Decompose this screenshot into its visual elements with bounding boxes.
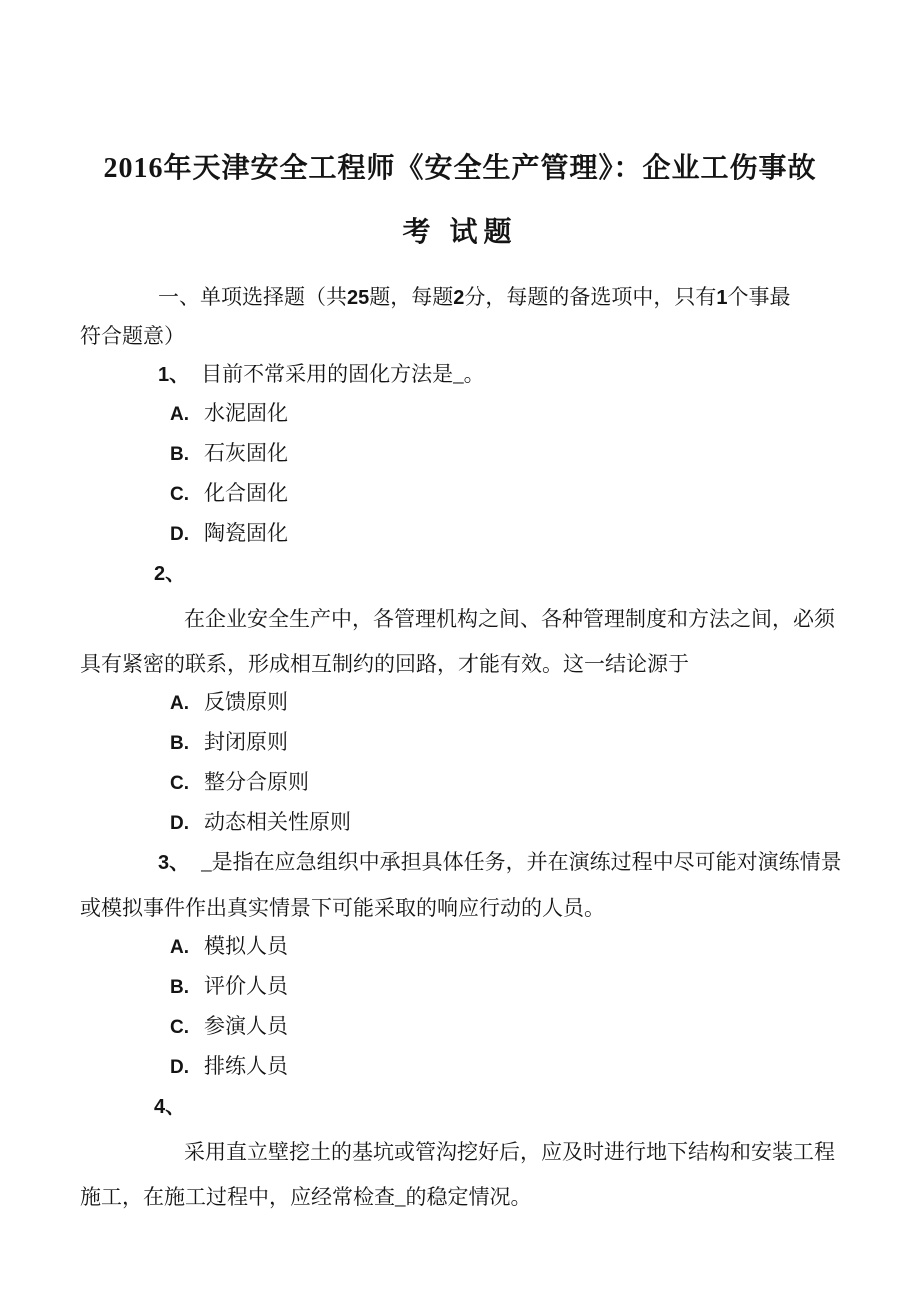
option-text: 化合固化 <box>204 481 288 505</box>
option-text: 水泥固化 <box>204 401 288 425</box>
question-4-stem-line-2: 施工，在施工过程中，应经常检查_的稳定情况。 <box>80 1178 840 1216</box>
option-text: 整分合原则 <box>204 770 309 794</box>
question-3-option-a: A.模拟人员 <box>80 927 840 967</box>
intro-count-total: 25 <box>347 287 369 309</box>
question-1-option-b: B.石灰固化 <box>80 434 840 474</box>
question-1-text: 目前不常采用的固化方法是_。 <box>201 362 485 386</box>
option-letter: B. <box>170 436 204 474</box>
option-letter: D. <box>170 516 204 554</box>
option-text: 排练人员 <box>204 1054 288 1078</box>
question-number: 4、 <box>154 1096 185 1118</box>
question-3-stem-line-1: 3、_是指在应急组织中承担具体任务，并在演练过程中尽可能对演练情景 <box>80 843 840 882</box>
option-letter: C. <box>170 765 204 803</box>
question-1-option-c: C.化合固化 <box>80 474 840 514</box>
intro-points-per-question: 2 <box>453 287 464 309</box>
intro-segment: 题，每题 <box>369 285 453 309</box>
intro-correct-count: 1 <box>716 287 727 309</box>
option-letter: C. <box>170 476 204 514</box>
intro-segment: 一、单项选择题（共 <box>158 285 347 309</box>
question-2-option-c: C.整分合原则 <box>80 763 840 803</box>
question-1-stem: 1、目前不常采用的固化方法是_。 <box>80 355 840 394</box>
document-body: 一、单项选择题（共25题，每题2分，每题的备选项中，只有1个事最 符合题意） 1… <box>80 278 840 1216</box>
question-4-number: 4、 <box>80 1087 840 1126</box>
option-letter: A. <box>170 685 204 723</box>
question-3-option-d: D.排练人员 <box>80 1047 840 1087</box>
option-text: 陶瓷固化 <box>204 521 288 545</box>
option-text: 反馈原则 <box>204 690 288 714</box>
option-text: 石灰固化 <box>204 441 288 465</box>
document-page: 2016年天津安全工程师《安全生产管理》：企业工伤事故 考 试题 一、单项选择题… <box>0 0 920 1301</box>
question-2-stem-line-2: 具有紧密的联系，形成相互制约的回路，才能有效。这一结论源于 <box>80 645 840 683</box>
option-letter: A. <box>170 929 204 967</box>
question-2-number: 2、 <box>80 554 840 593</box>
question-3-number: 3、 <box>158 852 189 874</box>
section-intro-line-2: 符合题意） <box>80 317 840 355</box>
question-3-text: _是指在应急组织中承担具体任务，并在演练过程中尽可能对演练情景 <box>201 850 842 874</box>
question-2-option-b: B.封闭原则 <box>80 723 840 763</box>
option-letter: D. <box>170 1049 204 1087</box>
title-line-1: 2016年天津安全工程师《安全生产管理》：企业工伤事故 <box>80 148 840 190</box>
option-letter: B. <box>170 725 204 763</box>
question-3-option-c: C.参演人员 <box>80 1007 840 1047</box>
title-line-2: 考 试题 <box>80 212 840 254</box>
question-3-option-b: B.评价人员 <box>80 967 840 1007</box>
question-2-option-d: D.动态相关性原则 <box>80 803 840 843</box>
option-letter: C. <box>170 1009 204 1047</box>
option-text: 评价人员 <box>204 974 288 998</box>
intro-segment: 分，每题的备选项中，只有 <box>464 285 716 309</box>
option-text: 封闭原则 <box>204 730 288 754</box>
option-letter: D. <box>170 805 204 843</box>
section-intro-line-1: 一、单项选择题（共25题，每题2分，每题的备选项中，只有1个事最 <box>80 278 840 317</box>
option-text: 模拟人员 <box>204 934 288 958</box>
option-text: 动态相关性原则 <box>204 810 351 834</box>
question-2-stem-line-1: 在企业安全生产中，各管理机构之间、各种管理制度和方法之间，必须 <box>80 600 840 638</box>
option-letter: A. <box>170 396 204 434</box>
document-title: 2016年天津安全工程师《安全生产管理》：企业工伤事故 考 试题 <box>80 148 840 254</box>
intro-segment: 个事最 <box>728 285 791 309</box>
question-1-number: 1、 <box>158 364 189 386</box>
question-2-option-a: A.反馈原则 <box>80 683 840 723</box>
question-1-option-d: D.陶瓷固化 <box>80 514 840 554</box>
question-4-stem-line-1: 采用直立壁挖土的基坑或管沟挖好后，应及时进行地下结构和安装工程 <box>80 1133 840 1171</box>
question-1-option-a: A.水泥固化 <box>80 394 840 434</box>
option-text: 参演人员 <box>204 1014 288 1038</box>
question-3-stem-line-2: 或模拟事件作出真实情景下可能采取的响应行动的人员。 <box>80 889 840 927</box>
option-letter: B. <box>170 969 204 1007</box>
question-number: 2、 <box>154 563 185 585</box>
